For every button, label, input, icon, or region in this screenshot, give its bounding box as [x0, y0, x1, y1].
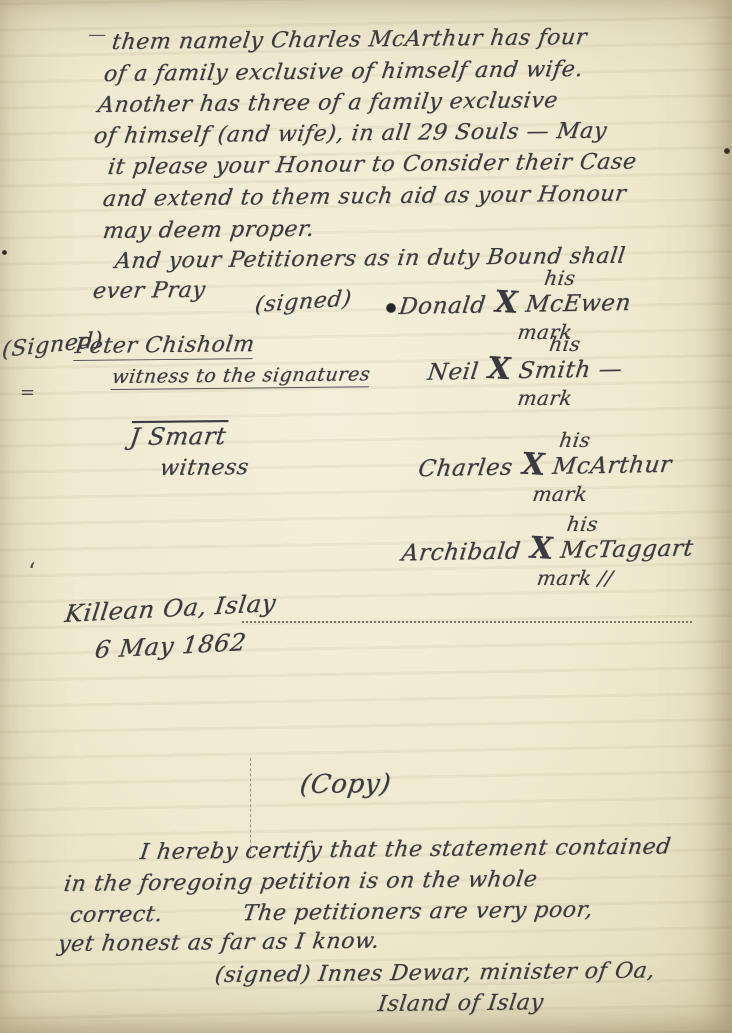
signed-label: (signed)	[254, 286, 353, 318]
mark-label: mark	[433, 386, 656, 410]
witness-name-peter-chisholm: Peter Chisholm	[73, 332, 256, 361]
edge-speck	[724, 148, 730, 154]
signature-name: DonaldXMcEwen	[368, 289, 662, 320]
signature-mark-archibald-mctaggart: his ArchibaldXMcTaggart mark //	[375, 512, 720, 590]
certification-word: correct.	[68, 902, 164, 928]
handwritten-line: and extend to them such aid as your Hono…	[101, 182, 628, 212]
signature-name: CharlesXMcArthur	[388, 451, 702, 482]
his-label: his	[458, 266, 661, 290]
dateline-date: 6 May 1862	[93, 628, 248, 664]
signature-mark-neil-smith: his NeilXSmith — mark	[395, 332, 655, 410]
handwritten-line: them namely Charles McArthur has four	[110, 25, 588, 55]
first-name: Archibald	[400, 538, 522, 566]
his-label: his	[448, 428, 701, 452]
first-name: Neil	[426, 359, 480, 386]
leading-dash: —	[88, 24, 106, 45]
x-mark: X	[485, 359, 513, 380]
last-name: McTaggart	[559, 535, 695, 563]
stray-mark-apostrophe: ‘	[28, 558, 36, 586]
scanned-petition-page: them namely Charles McArthur has four of…	[0, 0, 732, 1033]
handwritten-line: ever Pray	[91, 278, 207, 304]
certification-phrase: The petitioners are very poor,	[241, 898, 594, 927]
first-name: Donald	[397, 293, 487, 321]
handwritten-line: it please your Honour to Consider their …	[106, 149, 638, 180]
handwritten-line: of himself (and wife), in all 29 Souls —…	[92, 119, 608, 149]
mark-label: mark	[418, 482, 701, 506]
handwritten-line: Another has three of a family exclusive	[96, 88, 559, 118]
certification-line: yet honest as far as I know.	[56, 929, 381, 957]
handwritten-line: of a family exclusive of himself and wif…	[102, 57, 584, 87]
his-label: his	[443, 512, 721, 536]
stray-mark-equals: =	[20, 382, 35, 403]
certification-line: in the foregoing petition is on the whol…	[62, 867, 539, 897]
witness-role: witness	[158, 455, 250, 481]
x-mark: X	[527, 539, 555, 560]
certification-line: correct.The petitioners are very poor,	[68, 898, 594, 928]
mark-label: mark //	[428, 566, 721, 590]
copy-heading: (Copy)	[298, 769, 393, 800]
minister-signature-line2: Island of Islay	[376, 990, 545, 1017]
minister-signature-line: (signed) Innes Dewar, minister of Oa,	[213, 958, 656, 988]
last-name: McArthur	[551, 452, 673, 480]
first-name: Charles	[417, 455, 515, 483]
edge-speck	[2, 250, 7, 255]
dotted-rule	[242, 621, 692, 623]
signature-name: ArchibaldXMcTaggart	[373, 535, 722, 567]
witness-name-j-smart: J Smart	[128, 422, 228, 451]
witness-role: witness to the signatures	[110, 363, 371, 390]
last-name: Smith —	[517, 356, 624, 384]
x-mark: X	[492, 293, 520, 314]
handwritten-line: may deem proper.	[101, 217, 316, 244]
ink-blot	[386, 303, 396, 313]
signature-name: NeilXSmith —	[393, 356, 657, 387]
last-name: McEwen	[524, 290, 632, 318]
signature-mark-charles-mcarthur: his CharlesXMcArthur mark	[390, 428, 700, 506]
x-mark: X	[519, 455, 547, 476]
certification-line: I hereby certify that the statement cont…	[138, 834, 672, 865]
